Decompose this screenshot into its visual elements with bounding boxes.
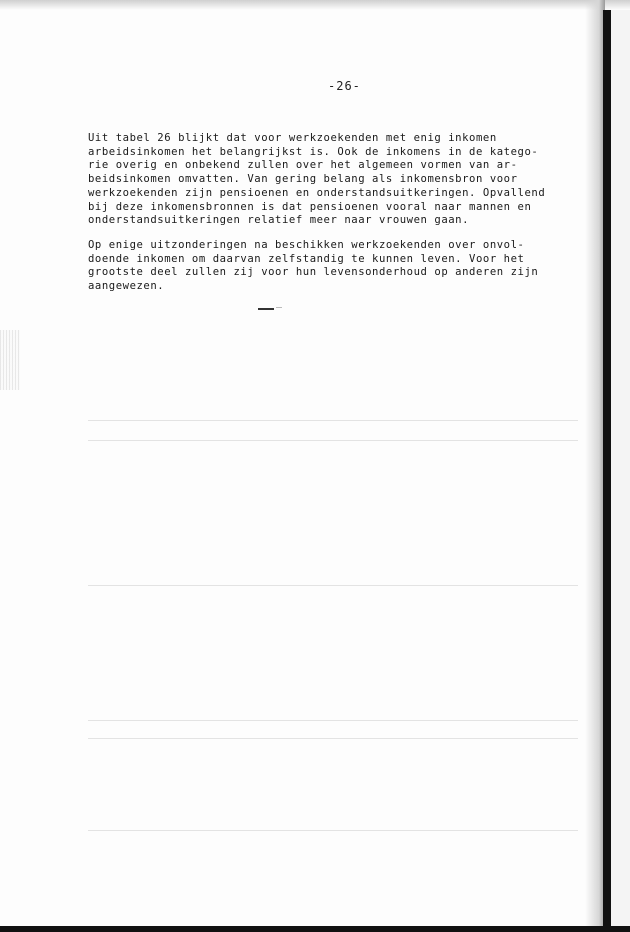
paragraph-income-sources: Uit tabel 26 blijkt dat voor werkzoekend… bbox=[88, 132, 545, 228]
scan-bottom-edge bbox=[0, 926, 630, 932]
bleed-through-rule bbox=[88, 440, 578, 441]
binding-edge bbox=[603, 10, 611, 928]
scan-margin-artifact bbox=[0, 330, 20, 390]
bleed-through-rule bbox=[88, 738, 578, 739]
ink-mark bbox=[258, 308, 274, 310]
bleed-through-rule bbox=[88, 585, 578, 586]
scanned-page: -26- Uit tabel 26 blijkt dat voor werkzo… bbox=[0, 0, 630, 932]
ink-mark bbox=[276, 307, 282, 308]
paragraph-insufficient-income: Op enige uitzonderingen na beschikken we… bbox=[88, 239, 538, 294]
bleed-through-rule bbox=[88, 420, 578, 421]
facing-page-edge bbox=[611, 10, 630, 928]
scan-top-shadow bbox=[0, 0, 630, 10]
page-number: -26- bbox=[328, 79, 361, 93]
binding-shadow bbox=[585, 0, 605, 932]
bleed-through-rule bbox=[88, 830, 578, 831]
bleed-through-rule bbox=[88, 720, 578, 721]
